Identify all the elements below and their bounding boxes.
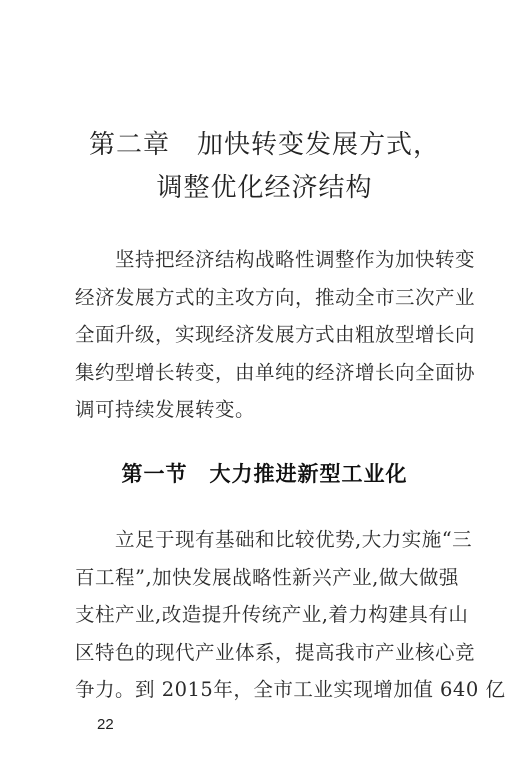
section-title: 第一节 大力推进新型工业化: [0, 458, 529, 488]
chapter-title-line-1: 第二章 加快转变发展方式，: [0, 129, 529, 161]
intro-paragraph: 坚持把经济结构战略性调整作为加快转变 经济发展方式的主攻方向，推动全市三次产业 …: [75, 241, 467, 429]
paragraph-line: 支柱产业,改造提升传统产业,着力构建具有山: [75, 596, 467, 634]
paragraph-line: 调可持续发展转变。: [75, 391, 467, 429]
document-page: 第二章 加快转变发展方式， 调整优化经济结构 坚持把经济结构战略性调整作为加快转…: [0, 0, 529, 774]
paragraph-line: 全面升级，实现经济发展方式由粗放型增长向: [75, 316, 467, 354]
paragraph-line: 百工程”,加快发展战略性新兴产业,做大做强: [75, 559, 467, 597]
paragraph-line: 集约型增长转变，由单纯的经济增长向全面协: [75, 354, 467, 392]
section-paragraph: 立足于现有基础和比较优势,大力实施“三 百工程”,加快发展战略性新兴产业,做大做…: [75, 521, 467, 709]
paragraph-line: 争力。到 2015年，全市工业实现增加值 640 亿: [75, 671, 467, 709]
paragraph-line: 区特色的现代产业体系，提高我市产业核心竞: [75, 634, 467, 672]
page-number: 22: [97, 716, 114, 733]
chapter-title-line-2: 调整优化经济结构: [0, 172, 529, 204]
paragraph-line: 经济发展方式的主攻方向，推动全市三次产业: [75, 279, 467, 317]
paragraph-line: 立足于现有基础和比较优势,大力实施“三: [75, 521, 467, 559]
paragraph-line: 坚持把经济结构战略性调整作为加快转变: [75, 241, 467, 279]
